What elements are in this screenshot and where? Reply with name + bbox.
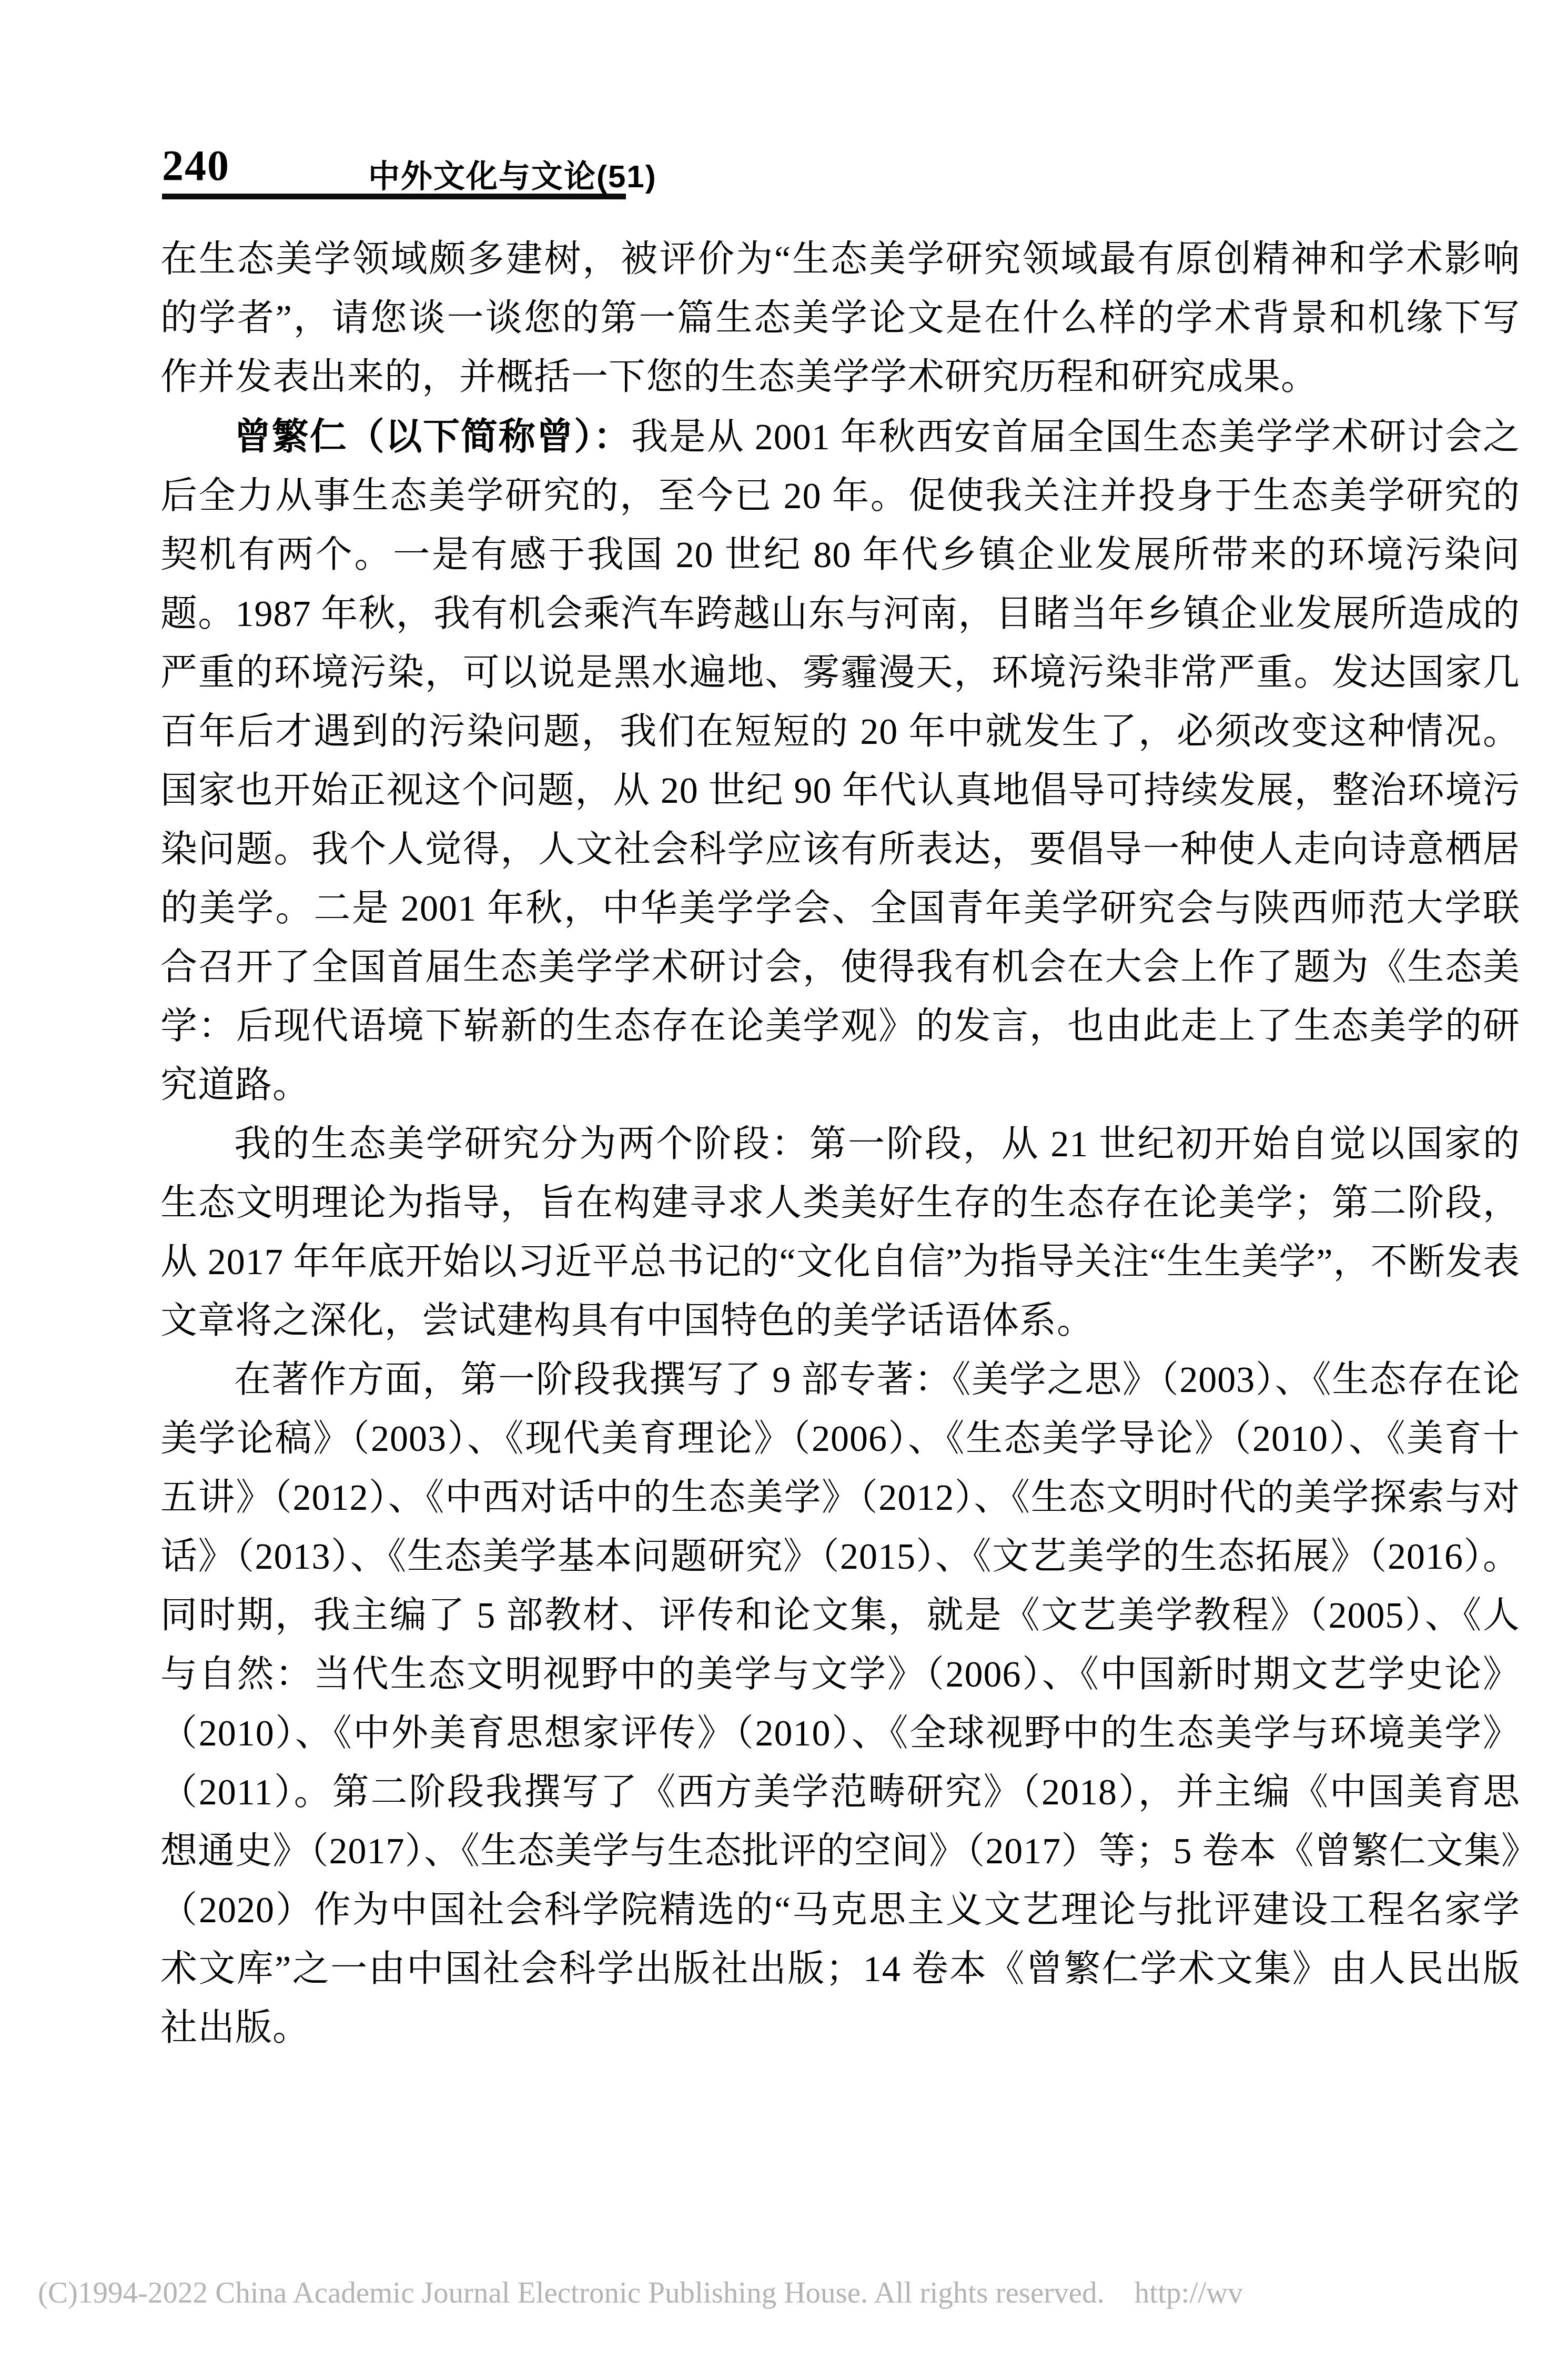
paragraph: 在著作方面，第一阶段我撰写了 9 部专著：《美学之思》（2003）、《生态存在论…	[160, 1351, 1520, 2058]
paragraph-text: 我是从 2001 年秋西安首届全国生态美学学术研讨会之后全力从事生态美学研究的，…	[160, 417, 1520, 1106]
paragraph-text: 在生态美学领域颇多建树，被评价为“生态美学研究领域最有原创精神和学术影响的学者”…	[160, 239, 1520, 398]
scanned-journal-page: 240 中外文化与文论(51) 在生态美学领域颇多建树，被评价为“生态美学研究领…	[0, 0, 1568, 2372]
paragraph-text: 我的生态美学研究分为两个阶段：第一阶段，从 21 世纪初开始自觉以国家的生态文明…	[160, 1124, 1520, 1341]
paragraph: 曾繁仁（以下简称曾）：我是从 2001 年秋西安首届全国生态美学学术研讨会之后全…	[160, 407, 1520, 1115]
paragraph: 在生态美学领域颇多建树，被评价为“生态美学研究领域最有原创精神和学术影响的学者”…	[160, 230, 1520, 407]
running-head: 240 中外文化与文论(51)	[0, 0, 1568, 210]
page-number: 240	[162, 141, 230, 190]
speaker-label: 曾繁仁（以下简称曾）：	[234, 416, 631, 457]
copyright-notice: (C)1994-2022 China Academic Journal Elec…	[38, 2275, 1568, 2312]
journal-title: 中外文化与文论(51)	[368, 152, 657, 197]
paragraph-text: 在著作方面，第一阶段我撰写了 9 部专著：《美学之思》（2003）、《生态存在论…	[160, 1360, 1520, 2048]
header-rule	[162, 194, 626, 199]
paragraph: 我的生态美学研究分为两个阶段：第一阶段，从 21 世纪初开始自觉以国家的生态文明…	[160, 1115, 1520, 1351]
article-body: 在生态美学领域颇多建树，被评价为“生态美学研究领域最有原创精神和学术影响的学者”…	[160, 230, 1520, 2058]
